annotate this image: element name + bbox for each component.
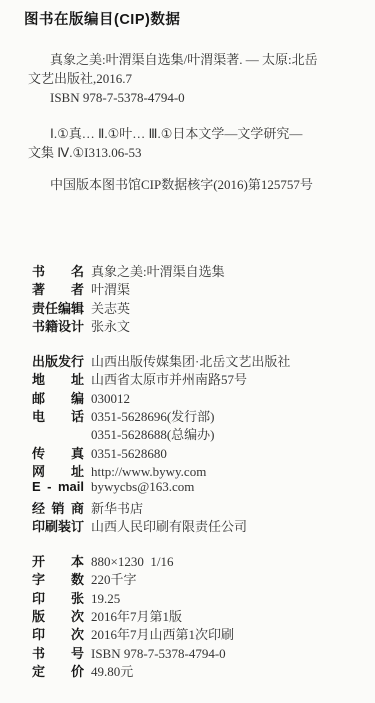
field-label: E-mail: [32, 479, 84, 494]
row-email: E-mail bywycbs@163.com: [0, 479, 375, 497]
cip-classification-block: Ⅰ.①真… Ⅱ.①叶… Ⅲ.①日本文学—文学研究— 文集 Ⅳ.①I313.06-…: [28, 124, 357, 162]
field-label: 定价: [32, 661, 84, 680]
field-value: 山西出版传媒集团·北岳文艺出版社: [91, 351, 290, 370]
field-label: 印次: [32, 624, 84, 643]
field-label: 经销商: [32, 498, 84, 517]
field-value: 19.25: [91, 591, 120, 607]
row-phone-1: 电话 0351-5628696(发行部): [0, 406, 375, 424]
field-label: 传真: [32, 443, 84, 462]
row-phone-2: 0351-5628688(总编办): [0, 424, 375, 442]
row-edition: 版次 2016年7月第1版: [0, 606, 375, 624]
field-value: http://www.bywy.com: [91, 464, 206, 480]
field-label: 著者: [32, 279, 84, 298]
cip-isbn-line: ISBN 978-7-5378-4794-0: [28, 88, 357, 107]
field-label: 出版发行: [32, 351, 84, 370]
field-label: 地址: [32, 369, 84, 388]
row-price: 定价 49.80元: [0, 661, 375, 679]
field-value: 0351-5628696(发行部): [91, 406, 215, 425]
field-value: 山西省太原市并州南路57号: [91, 369, 247, 388]
cip-class-line-2: 文集 Ⅳ.①I313.06-53: [28, 143, 357, 162]
field-value: 220千字: [91, 569, 137, 588]
field-label: 网址: [32, 461, 84, 480]
field-label: 书名: [32, 261, 84, 280]
field-label: 印刷装订: [32, 516, 84, 535]
cip-record-line-2: 文艺出版社,2016.7: [28, 69, 357, 88]
field-value: 030012: [91, 391, 130, 407]
field-value: 叶渭渠: [91, 279, 130, 298]
copyright-page: 图书在版编目(CIP)数据 真象之美:叶渭渠自选集/叶渭渠著. — 太原:北岳 …: [0, 0, 375, 703]
row-format: 开本 880×1230 1/16: [0, 551, 375, 569]
field-value: 新华书店: [91, 498, 143, 517]
row-printer: 印刷装订 山西人民印刷有限责任公司: [0, 516, 375, 534]
cip-class-line-1: Ⅰ.①真… Ⅱ.①叶… Ⅲ.①日本文学—文学研究—: [28, 124, 357, 143]
field-value: 真象之美:叶渭渠自选集: [91, 261, 225, 280]
field-value: 关志英: [91, 298, 130, 317]
field-value: 2016年7月第1版: [91, 606, 182, 625]
colophon-group-publisher: 出版发行 山西出版传媒集团·北岳文艺出版社 地址 山西省太原市并州南路57号 邮…: [0, 351, 375, 534]
row-distributor: 经销商 新华书店: [0, 498, 375, 516]
row-impression: 印次 2016年7月山西第1次印刷: [0, 624, 375, 642]
field-value: 880×1230 1/16: [91, 554, 173, 570]
row-managing-editor: 责任编辑 关志英: [0, 298, 375, 316]
field-label: 开本: [32, 551, 84, 570]
cip-registry-line: 中国版本图书馆CIP数据核字(2016)第125757号: [50, 175, 375, 194]
field-label: 版次: [32, 606, 84, 625]
row-website: 网址 http://www.bywy.com: [0, 461, 375, 479]
colophon-group-printing: 开本 880×1230 1/16 字数 220千字 印张 19.25 版次 20…: [0, 551, 375, 679]
cip-heading: 图书在版编目(CIP)数据: [24, 12, 355, 29]
field-label: 印张: [32, 588, 84, 607]
row-address: 地址 山西省太原市并州南路57号: [0, 369, 375, 387]
row-book-design: 书籍设计 张永文: [0, 316, 375, 334]
field-label: 电话: [32, 406, 84, 425]
field-value: 0351-5628680: [91, 446, 167, 462]
row-author: 著者 叶渭渠: [0, 279, 375, 297]
row-sheets: 印张 19.25: [0, 588, 375, 606]
row-fax: 传真 0351-5628680: [0, 443, 375, 461]
field-value: 山西人民印刷有限责任公司: [91, 516, 247, 535]
field-value: 49.80元: [91, 661, 133, 680]
field-value: 0351-5628688(总编办): [91, 424, 215, 443]
field-label: 书籍设计: [32, 316, 84, 335]
field-value: 张永文: [91, 316, 130, 335]
row-book-title: 书名 真象之美:叶渭渠自选集: [0, 261, 375, 279]
row-publisher: 出版发行 山西出版传媒集团·北岳文艺出版社: [0, 351, 375, 369]
row-word-count: 字数 220千字: [0, 569, 375, 587]
cip-record-line-1: 真象之美:叶渭渠自选集/叶渭渠著. — 太原:北岳: [28, 50, 357, 69]
field-label: 字数: [32, 569, 84, 588]
field-value: ISBN 978-7-5378-4794-0: [91, 646, 226, 662]
field-label: 书号: [32, 643, 84, 662]
row-isbn: 书号 ISBN 978-7-5378-4794-0: [0, 643, 375, 661]
field-label: 邮编: [32, 388, 84, 407]
colophon: 书名 真象之美:叶渭渠自选集 著者 叶渭渠 责任编辑 关志英 书籍设计 张永文 …: [0, 261, 375, 679]
cip-record-block: 真象之美:叶渭渠自选集/叶渭渠著. — 太原:北岳 文艺出版社,2016.7 I…: [28, 50, 357, 107]
field-label: 责任编辑: [32, 298, 84, 317]
field-value: 2016年7月山西第1次印刷: [91, 624, 234, 643]
row-postcode: 邮编 030012: [0, 388, 375, 406]
colophon-group-book: 书名 真象之美:叶渭渠自选集 著者 叶渭渠 责任编辑 关志英 书籍设计 张永文: [0, 261, 375, 334]
field-value: bywycbs@163.com: [91, 479, 194, 495]
